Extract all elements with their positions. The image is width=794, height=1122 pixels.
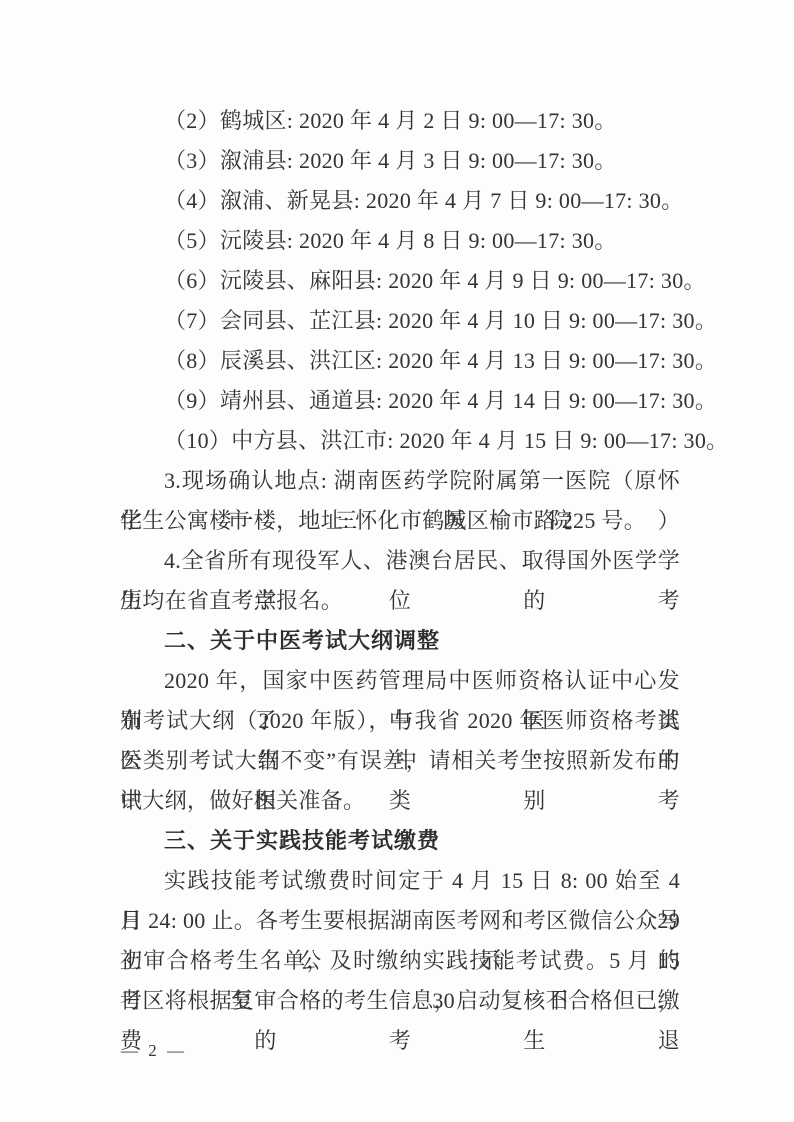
document-line-list-item: （5）沅陵县: 2020 年 4 月 8 日 9: 00—17: 30。 <box>120 221 680 261</box>
document-line-para-line: 别考试大纲（2020 年版），与我省 2020 年医师资格考试公告中“中 <box>120 701 680 741</box>
document-line-list-item: （6）沅陵县、麻阳县: 2020 年 4 月 9 日 9: 00—17: 30。 <box>120 261 680 301</box>
document-line-heading: 三、关于实践技能考试缴费 <box>120 821 680 861</box>
document-line-para-start: 实践技能考试缴费时间定于 4 月 15 日 8: 00 始至 4 月 29 <box>120 861 680 901</box>
document-line-para-line: 医类别考试大纲不变”有误差，请相关考生按照新发布的中医类别考 <box>120 741 680 781</box>
document-line-list-item: （9）靖州县、通道县: 2020 年 4 月 14 日 9: 00—17: 30… <box>120 381 680 421</box>
document-line-list-item: （10）中方县、洪江市: 2020 年 4 月 15 日 9: 00—17: 3… <box>120 421 680 461</box>
document-line-para-end: 学生公寓楼一楼，地址: 怀化市鹤城区榆市路 225 号。 <box>120 501 680 541</box>
document-line-para-line: 日 24: 00 止。各考生要根据湖南医考网和考区微信公众号上公示的 <box>120 901 680 941</box>
document-page: （2）鹤城区: 2020 年 4 月 2 日 9: 00—17: 30。（3）溆… <box>0 0 794 1122</box>
document-line-para-start: 2020 年，国家中医药管理局中医师资格认证中心发布了中医类 <box>120 661 680 701</box>
document-content: （2）鹤城区: 2020 年 4 月 2 日 9: 00—17: 30。（3）溆… <box>120 101 680 1021</box>
document-line-para-line: 考区将根据复审合格的考生信息，启动复核不合格但已缴费的考生退 <box>120 981 680 1021</box>
document-line-list-item: （4）溆浦、新晃县: 2020 年 4 月 7 日 9: 00—17: 30。 <box>120 181 680 221</box>
document-line-heading: 二、关于中医考试大纲调整 <box>120 621 680 661</box>
page-number: — 2 — <box>121 1040 187 1062</box>
document-line-para-start: 3.现场确认地点: 湖南医药学院附属第一医院（原怀化市三医院） <box>120 461 680 501</box>
document-line-list-item: （7）会同县、芷江县: 2020 年 4 月 10 日 9: 00—17: 30… <box>120 301 680 341</box>
document-line-para-line: 初审合格考生名单，及时缴纳实践技能考试费。5 月 15 日至 30 日， <box>120 941 680 981</box>
document-line-para-start: 4.全省所有现役军人、港澳台居民、取得国外医学学历学位的考 <box>120 541 680 581</box>
document-line-list-item: （8）辰溪县、洪江区: 2020 年 4 月 13 日 9: 00—17: 30… <box>120 341 680 381</box>
document-line-list-item: （3）溆浦县: 2020 年 4 月 3 日 9: 00—17: 30。 <box>120 141 680 181</box>
document-line-list-item: （2）鹤城区: 2020 年 4 月 2 日 9: 00—17: 30。 <box>120 101 680 141</box>
